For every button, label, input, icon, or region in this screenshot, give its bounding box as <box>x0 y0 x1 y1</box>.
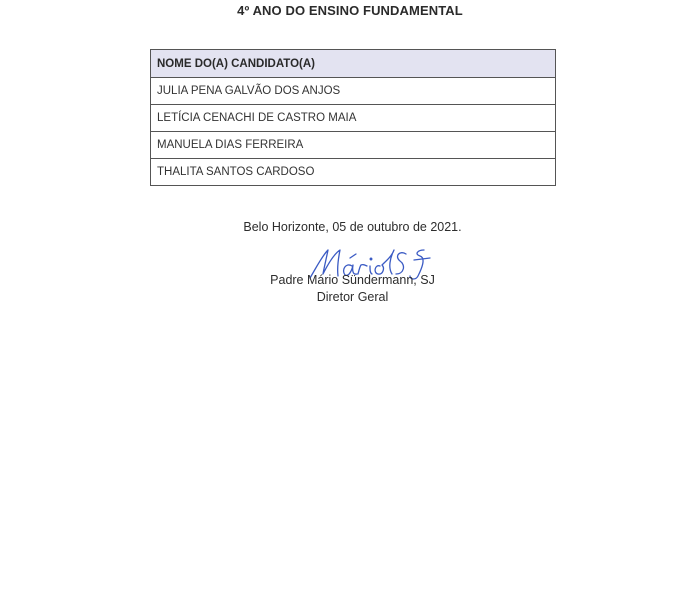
signer-role: Diretor Geral <box>0 290 700 304</box>
column-header-candidate-name: NOME DO(A) CANDIDATO(A) <box>151 50 556 78</box>
table-row: THALITA SANTOS CARDOSO <box>151 159 556 186</box>
candidate-name: LETÍCIA CENACHI DE CASTRO MAIA <box>151 105 556 132</box>
table-row: JULIA PENA GALVÃO DOS ANJOS <box>151 78 556 105</box>
document-title: 4º ANO DO ENSINO FUNDAMENTAL <box>0 3 700 18</box>
candidates-table: NOME DO(A) CANDIDATO(A) JULIA PENA GALVÃ… <box>150 49 556 186</box>
candidate-name: JULIA PENA GALVÃO DOS ANJOS <box>151 78 556 105</box>
table-header-row: NOME DO(A) CANDIDATO(A) <box>151 50 556 78</box>
signer-name: Padre Mário Sündermann, SJ <box>0 273 700 287</box>
candidate-name: THALITA SANTOS CARDOSO <box>151 159 556 186</box>
table-row: LETÍCIA CENACHI DE CASTRO MAIA <box>151 105 556 132</box>
table-row: MANUELA DIAS FERREIRA <box>151 132 556 159</box>
date-place-line: Belo Horizonte, 05 de outubro de 2021. <box>0 220 700 234</box>
candidate-name: MANUELA DIAS FERREIRA <box>151 132 556 159</box>
